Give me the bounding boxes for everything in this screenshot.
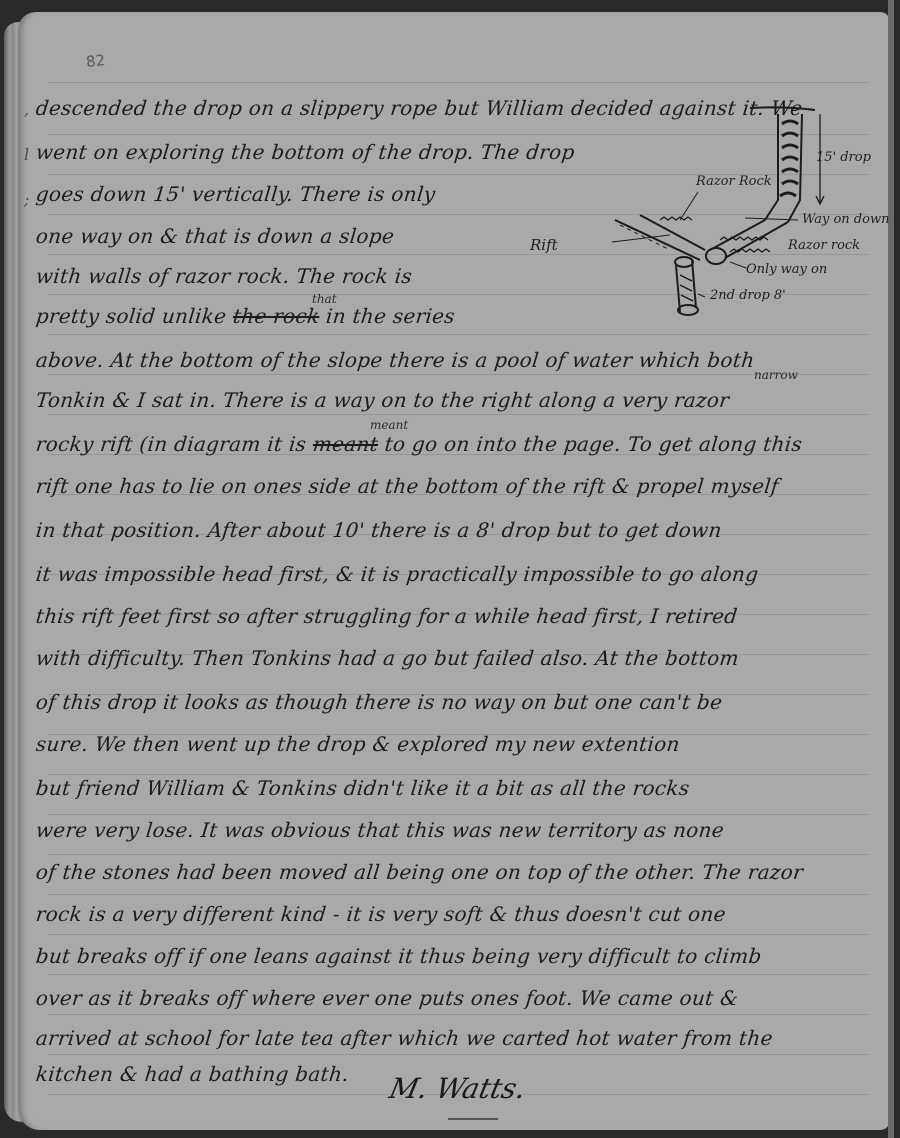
text-segment: in the series (318, 304, 456, 328)
text-line: went on exploring the bottom of the drop… (35, 140, 576, 164)
text-line: of the stones had been moved all being o… (35, 860, 805, 884)
struck-text: the rock (232, 304, 321, 328)
struck-text: meant (312, 432, 380, 456)
text-line: sure. We then went up the drop & explore… (35, 732, 681, 756)
text-segment: rocky rift (in diagram it is (35, 432, 315, 456)
margin-mark: ⅼ (24, 145, 29, 164)
text-line-with-correction: rocky rift (in diagram it is meant to go… (35, 432, 804, 456)
inserted-word: that (312, 292, 337, 306)
text-line: Tonkin & I sat in. There is a way on to … (35, 388, 731, 412)
ruled-line (48, 974, 870, 975)
text-line: goes down 15' vertically. There is only (35, 182, 437, 206)
text-line: of this drop it looks as though there is… (35, 690, 724, 714)
text-segment: pretty solid unlike (35, 304, 235, 328)
text-line: kitchen & had a bathing bath. (35, 1062, 350, 1086)
text-segment: to go on into the page. To get along thi… (377, 432, 804, 456)
signature-underline (448, 1118, 498, 1120)
diagram-label-rift: Rift (530, 236, 558, 254)
inserted-word: meant (370, 418, 408, 432)
text-line: over as it breaks off where ever one put… (35, 986, 740, 1010)
text-line: in that position. After about 10' there … (35, 518, 723, 542)
text-line: with difficulty. Then Tonkins had a go b… (35, 646, 740, 670)
diagram-label-razor-rock-right: Razor rock (788, 238, 860, 253)
diagram-label-only-way-on: Only way on (746, 262, 827, 277)
diagram-label-15-drop: 15' drop (816, 150, 871, 165)
ruled-line (48, 894, 870, 895)
text-line: rift one has to lie on ones side at the … (35, 474, 780, 498)
diagram-label-razor-rock-top: Razor Rock (696, 174, 772, 189)
text-line: with walls of razor rock. The rock is (35, 264, 414, 288)
ruled-line (48, 414, 870, 415)
ruled-line (48, 1054, 870, 1055)
page-number: 82 (85, 51, 106, 71)
ruled-line (48, 814, 870, 815)
text-line: were very lose. It was obvious that this… (35, 818, 726, 842)
text-line: but friend William & Tonkins didn't like… (35, 776, 691, 800)
text-line: this rift feet first so after struggling… (35, 604, 739, 628)
ruled-line (48, 774, 870, 775)
ruled-line (48, 374, 870, 375)
ruled-line (48, 1014, 870, 1015)
ruled-line (48, 854, 870, 855)
signature: M. Watts. (386, 1072, 528, 1105)
ruled-line (48, 334, 870, 335)
text-line: above. At the bottom of the slope there … (35, 348, 756, 372)
diagram-label-way-on-down: Way on down (802, 212, 889, 227)
diagram-label-second-drop: 2nd drop 8' (710, 288, 786, 303)
cave-sketch-diagram: Rift Razor Rock 15' drop Way on down Raz… (520, 80, 900, 330)
text-line: it was impossible head first, & it is pr… (35, 562, 760, 586)
inserted-word: narrow (754, 368, 798, 382)
margin-mark: , (24, 100, 29, 119)
text-line: but breaks off if one leans against it t… (35, 944, 763, 968)
text-line: arrived at school for late tea after whi… (35, 1026, 774, 1050)
text-line: rock is a very different kind - it is ve… (35, 902, 727, 926)
margin-mark: ; (24, 190, 29, 209)
text-line-with-correction: pretty solid unlike the rock in the seri… (35, 304, 456, 328)
ruled-line (48, 934, 870, 935)
text-line: one way on & that is down a slope (35, 224, 396, 248)
